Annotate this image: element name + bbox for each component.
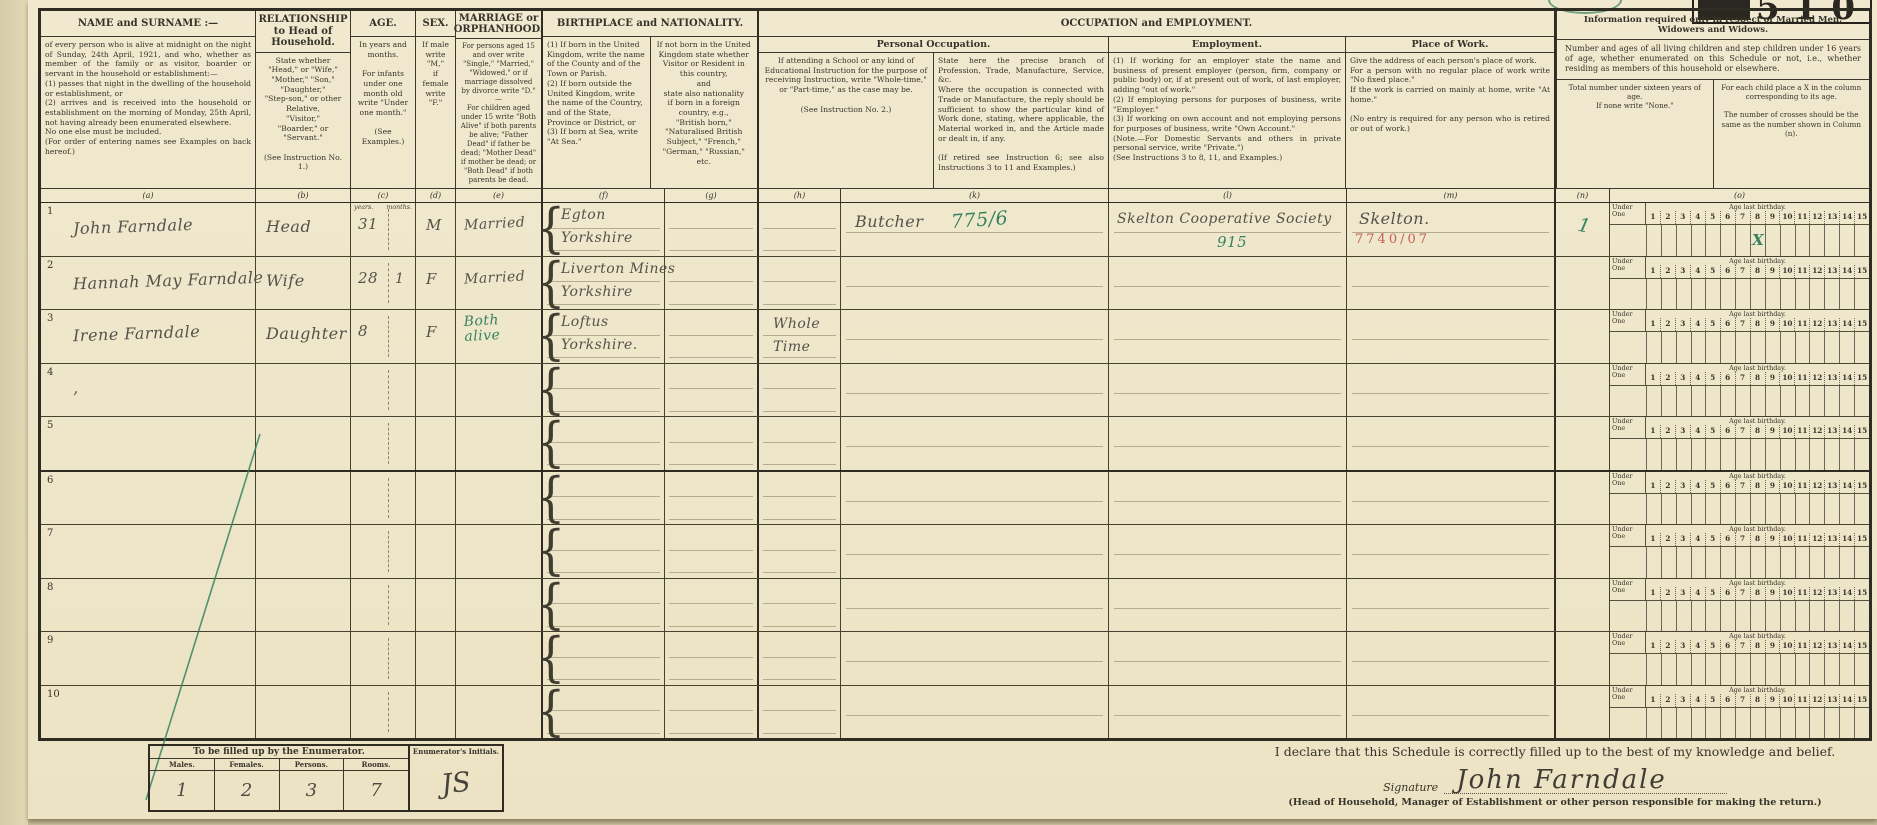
age-last-birthday-label: Age last birthday. (1646, 364, 1869, 372)
birthplace-brace: { (536, 411, 565, 473)
row-number: 4 (47, 367, 53, 378)
age-cross-row (1610, 653, 1869, 685)
age-cross-row (1610, 546, 1869, 578)
age-cross-cell (1735, 708, 1750, 739)
total-children-cell (1556, 257, 1610, 310)
age-cell (351, 364, 416, 417)
birthplace-cell: { (543, 525, 665, 578)
total-children-cell (1556, 525, 1610, 578)
place-of-work-cell (1347, 632, 1556, 685)
age-number: 8 (1750, 640, 1765, 653)
age-cross-row (1610, 331, 1869, 363)
age-cross-cell (1854, 279, 1869, 310)
age-cross-cell (1795, 439, 1810, 470)
age-number: 13 (1824, 372, 1839, 385)
age-cross-cell (1780, 439, 1795, 470)
age-number: 5 (1705, 640, 1720, 653)
age-number: 8 (1750, 211, 1765, 224)
birthplace-county-entry: Yorkshire (561, 284, 633, 300)
nationality-cell (665, 472, 759, 525)
place-of-work-title: Place of Work. (1346, 37, 1554, 53)
age-cross-cell (1646, 386, 1661, 417)
age-cross-cell (1750, 494, 1765, 525)
age-grid-header: Under OneAge last birthday.1234567891011… (1610, 632, 1869, 653)
table-row: 10{Under OneAge last birthday.1234567891… (41, 686, 1869, 739)
children-age-grid: Under OneAge last birthday.1234567891011… (1610, 686, 1869, 739)
age-cross-cell (1661, 494, 1676, 525)
age-number: 11 (1794, 480, 1809, 493)
children-age-grid: Under OneAge last birthday.1234567891011… (1610, 417, 1869, 470)
age-number: 11 (1794, 587, 1809, 600)
children-age-grid-cell: Under OneAge last birthday.1234567891011… (1610, 417, 1869, 470)
age-number: 15 (1854, 425, 1869, 438)
employment-cell: Skelton Cooperative Society915 (1109, 203, 1347, 256)
school-cell (759, 686, 841, 739)
table-header: NAME and SURNAME :— of every person who … (41, 11, 1869, 188)
nationality-instructions: If not born in the United Kingdom state … (651, 37, 758, 188)
age-cross-cell (1691, 494, 1706, 525)
age-cell: years.months.31 (351, 203, 416, 256)
age-number: 11 (1794, 372, 1809, 385)
age-cross-cell (1750, 601, 1765, 632)
age-number: 14 (1839, 480, 1854, 493)
birthplace-cell: { (543, 579, 665, 632)
age-cross-cell (1676, 708, 1691, 739)
age-cross-cell (1839, 279, 1854, 310)
age-number: 12 (1809, 694, 1824, 707)
employer-code-annotation: 915 (1217, 233, 1247, 251)
age-number: 3 (1675, 425, 1690, 438)
age-number: 11 (1794, 318, 1809, 331)
age-cross-cell (1750, 439, 1765, 470)
age-number: 14 (1839, 587, 1854, 600)
column-letter-row: (a) (b) (c) (d) (e) (f) (g) (h) (k) (l) … (41, 188, 1869, 203)
age-last-birthday-label: Age last birthday. (1646, 472, 1869, 480)
age-grid-header: Under OneAge last birthday.1234567891011… (1610, 364, 1869, 385)
row-number: 3 (47, 313, 53, 324)
child-age-cross-mark: X (1752, 231, 1764, 249)
birthplace-cell: { (543, 472, 665, 525)
age-number: 4 (1690, 587, 1705, 600)
age-cross-row (1610, 278, 1869, 310)
age-cross-cell (1676, 332, 1691, 363)
age-years-entry: 8 (358, 322, 368, 340)
age-cross-cell (1795, 494, 1810, 525)
age-number: 12 (1809, 265, 1824, 278)
place-of-work-cell (1347, 579, 1556, 632)
children-age-grid: Under OneAge last birthday.1234567891011… (1610, 203, 1869, 256)
name-cell: 3Irene Farndale (41, 310, 256, 363)
table-row: 3Irene FarndaleDaughter8FBoth alive{Loft… (41, 310, 1869, 364)
name-cell: 6 (41, 472, 256, 525)
age-number: 2 (1660, 425, 1675, 438)
enumerator-box: To be filled up by the Enumerator. Males… (148, 744, 504, 812)
age-cross-cell (1750, 332, 1765, 363)
column-letter-d: (d) (416, 189, 456, 202)
column-letter-b: (b) (256, 189, 351, 202)
age-number: 10 (1779, 533, 1794, 546)
age-cross-cell (1720, 654, 1735, 685)
age-numbers-row: 123456789101112131415 (1646, 480, 1869, 493)
age-numbers-row: 123456789101112131415 (1646, 211, 1869, 224)
age-grid-header-right: Age last birthday.123456789101112131415 (1646, 203, 1869, 224)
age-number: 6 (1720, 372, 1735, 385)
age-number: 2 (1660, 372, 1675, 385)
age-last-birthday-label: Age last birthday. (1646, 310, 1869, 318)
age-number: 6 (1720, 587, 1735, 600)
age-cross-cell (1705, 547, 1720, 578)
age-cross-cell (1735, 386, 1750, 417)
place-of-work-entry: Skelton. (1359, 209, 1430, 228)
name-cell: 9 (41, 632, 256, 685)
age-cross-cell (1824, 332, 1839, 363)
occupation-instructions: State here the precise branch of Profess… (934, 53, 1108, 188)
total-children-cell (1556, 579, 1610, 632)
children-age-grid-cell: Under OneAge last birthday.1234567891011… (1610, 203, 1869, 256)
age-cross-cell (1646, 601, 1661, 632)
age-cross-cell (1610, 279, 1646, 310)
age-number: 13 (1824, 211, 1839, 224)
age-cross-cell (1691, 225, 1706, 256)
declaration-text: I declare that this Schedule is correctl… (1255, 744, 1855, 759)
marriage-instructions: For persons aged 15 and over write "Sing… (456, 39, 541, 188)
age-cross-cell (1646, 708, 1661, 739)
relationship-cell: Wife (256, 257, 351, 310)
school-cell (759, 257, 841, 310)
females-label: Females. (215, 759, 280, 770)
signature-label: Signature (1383, 781, 1438, 794)
column-letter-g: (g) (665, 189, 759, 202)
age-number: 4 (1690, 211, 1705, 224)
enumerator-box-title: To be filled up by the Enumerator. (150, 746, 408, 759)
marriage-cell (456, 579, 543, 632)
age-number: 14 (1839, 533, 1854, 546)
age-number: 15 (1854, 480, 1869, 493)
age-number: 8 (1750, 480, 1765, 493)
row-number: 5 (47, 420, 53, 431)
sex-cell (416, 686, 456, 739)
sex-entry: F (426, 323, 437, 341)
age-cross-cell (1780, 279, 1795, 310)
personal-occupation-group: Personal Occupation. If attending a Scho… (759, 37, 1109, 188)
age-cross-cell (1795, 654, 1810, 685)
table-row: 9{Under OneAge last birthday.12345678910… (41, 632, 1869, 686)
age-cross-cell (1720, 386, 1735, 417)
age-cross-cell (1839, 708, 1854, 739)
age-grid-header-right: Age last birthday.123456789101112131415 (1646, 417, 1869, 438)
age-number: 4 (1690, 425, 1705, 438)
age-numbers-row: 123456789101112131415 (1646, 694, 1869, 707)
age-cross-cell (1795, 225, 1810, 256)
children-age-grid-cell: Under OneAge last birthday.1234567891011… (1610, 686, 1869, 739)
age-cross-row (1610, 493, 1869, 525)
occupation-cell (841, 632, 1109, 685)
age-number: 14 (1839, 318, 1854, 331)
age-cell (351, 525, 416, 578)
declaration-block: I declare that this Schedule is correctl… (1255, 744, 1855, 808)
age-cross-cell (1780, 601, 1795, 632)
persons-label: Persons. (280, 759, 345, 770)
age-number: 14 (1839, 640, 1854, 653)
age-number: 7 (1735, 587, 1750, 600)
age-number: 11 (1794, 425, 1809, 438)
age-grid-header: Under OneAge last birthday.1234567891011… (1610, 310, 1869, 331)
age-number: 11 (1794, 694, 1809, 707)
age-cross-cell (1661, 332, 1676, 363)
age-cross-cell (1854, 439, 1869, 470)
school-instructions: If attending a School or any kind of Edu… (759, 53, 934, 188)
age-cross-cell (1765, 601, 1780, 632)
age-number: 2 (1660, 533, 1675, 546)
census-form-table: NAME and SURNAME :— of every person who … (38, 8, 1872, 741)
age-cross-cell (1691, 386, 1706, 417)
name-cell: 10 (41, 686, 256, 739)
age-number: 8 (1750, 533, 1765, 546)
nationality-cell (665, 364, 759, 417)
age-unit-months: months. (386, 204, 412, 211)
age-cross-cell (1809, 547, 1824, 578)
age-number: 5 (1705, 318, 1720, 331)
age-grid-header-right: Age last birthday.123456789101112131415 (1646, 257, 1869, 278)
age-number: 7 (1735, 694, 1750, 707)
column-letter-k: (k) (841, 189, 1109, 202)
age-cross-cell (1661, 708, 1676, 739)
age-number: 1 (1646, 694, 1660, 707)
age-cross-cell (1676, 494, 1691, 525)
age-cross-cell (1705, 386, 1720, 417)
age-number: 3 (1675, 640, 1690, 653)
persons-value: 3 (280, 771, 345, 810)
age-number: 1 (1646, 425, 1660, 438)
age-number: 2 (1660, 640, 1675, 653)
under-one-label: Under One (1610, 472, 1646, 493)
rooms-value: 7 (344, 771, 408, 810)
school-cell (759, 417, 841, 470)
age-instructions: In years and months. For infants under o… (351, 37, 415, 188)
age-number: 13 (1824, 533, 1839, 546)
birthplace-cell: { (543, 417, 665, 470)
place-of-work-cell (1347, 525, 1556, 578)
age-cross-cell (1750, 386, 1765, 417)
age-cross-cell (1765, 279, 1780, 310)
age-number: 5 (1705, 587, 1720, 600)
nationality-cell (665, 686, 759, 739)
age-number: 4 (1690, 694, 1705, 707)
age-cross-row (1610, 385, 1869, 417)
age-units-label: years.months. (351, 204, 415, 211)
age-cross-cell (1780, 494, 1795, 525)
age-cross-cell (1824, 547, 1839, 578)
birthplace-brace: { (536, 197, 565, 259)
age-number: 10 (1779, 211, 1794, 224)
age-grid-header-right: Age last birthday.123456789101112131415 (1646, 472, 1869, 493)
age-numbers-row: 123456789101112131415 (1646, 265, 1869, 278)
age-cross-cell (1720, 494, 1735, 525)
age-numbers-row: 123456789101112131415 (1646, 640, 1869, 653)
occupation-cell (841, 472, 1109, 525)
age-number: 6 (1720, 265, 1735, 278)
occupation-code-annotation: 775/6 (950, 207, 1009, 233)
age-number: 6 (1720, 533, 1735, 546)
age-number: 12 (1809, 372, 1824, 385)
age-number: 5 (1705, 372, 1720, 385)
nationality-cell (665, 525, 759, 578)
marriage-cell: Both alive (456, 310, 543, 363)
age-number: 8 (1750, 318, 1765, 331)
total-under-sixteen-instructions: Total number under sixteen years of age.… (1557, 80, 1714, 188)
sex-cell (416, 472, 456, 525)
age-number: 5 (1705, 480, 1720, 493)
age-cross-cell (1750, 547, 1765, 578)
row-number: 9 (47, 635, 53, 646)
column-header-marriage: MARRIAGE or ORPHANHOOD. For persons aged… (456, 11, 543, 188)
age-number: 4 (1690, 372, 1705, 385)
children-age-grid: Under OneAge last birthday.1234567891011… (1610, 257, 1869, 310)
age-number: 7 (1735, 265, 1750, 278)
age-cross-cell (1646, 225, 1661, 256)
age-grid-header: Under OneAge last birthday.1234567891011… (1610, 257, 1869, 278)
school-cell (759, 364, 841, 417)
relationship-cell (256, 686, 351, 739)
relationship-cell: Head (256, 203, 351, 256)
age-number: 15 (1854, 265, 1869, 278)
age-cross-cell (1610, 601, 1646, 632)
census-schedule-page: 510 NAME and SURNAME :— of every person … (0, 0, 1877, 825)
age-number: 15 (1854, 211, 1869, 224)
age-cross-cell (1705, 439, 1720, 470)
birthplace-brace: { (536, 519, 565, 581)
age-cross-cell (1676, 654, 1691, 685)
age-number: 10 (1779, 694, 1794, 707)
age-years-entry: 31 (358, 215, 378, 233)
birthplace-town-entry: Liverton Mines (561, 261, 675, 277)
relationship-cell (256, 417, 351, 470)
name-cell: 4, (41, 364, 256, 417)
marriage-cell (456, 417, 543, 470)
age-cross-cell (1795, 601, 1810, 632)
age-cross-cell (1824, 654, 1839, 685)
age-number: 13 (1824, 265, 1839, 278)
children-age-grid: Under OneAge last birthday.1234567891011… (1610, 472, 1869, 525)
age-number: 1 (1646, 318, 1660, 331)
age-number: 14 (1839, 211, 1854, 224)
age-numbers-row: 123456789101112131415 (1646, 318, 1869, 331)
age-numbers-row: 123456789101112131415 (1646, 372, 1869, 385)
age-cross-cell (1676, 439, 1691, 470)
age-number: 1 (1646, 480, 1660, 493)
children-age-grid-cell: Under OneAge last birthday.1234567891011… (1610, 364, 1869, 417)
table-row: 2Hannah May FarndaleWife281FMarried{Live… (41, 257, 1869, 311)
age-number: 1 (1646, 533, 1660, 546)
row-number: 7 (47, 528, 53, 539)
age-number: 3 (1675, 211, 1690, 224)
sex-cell: F (416, 257, 456, 310)
age-cross-cell (1691, 708, 1706, 739)
table-row: 1John FarndaleHeadyears.months.31MMarrie… (41, 203, 1869, 257)
age-cross-cell (1735, 279, 1750, 310)
age-cross-cell (1809, 279, 1824, 310)
age-number: 10 (1779, 265, 1794, 278)
children-age-grid: Under OneAge last birthday.1234567891011… (1610, 579, 1869, 632)
column-letter-o: (o) (1610, 189, 1869, 202)
occupation-cell (841, 257, 1109, 310)
place-of-work-group: Place of Work. Give the address of each … (1346, 37, 1554, 188)
age-cross-cell (1839, 494, 1854, 525)
children-age-grid-cell: Under OneAge last birthday.1234567891011… (1610, 579, 1869, 632)
age-number: 3 (1675, 265, 1690, 278)
birthplace-cell: { (543, 364, 665, 417)
school-cell (759, 203, 841, 256)
column-letter-e: (e) (456, 189, 543, 202)
total-children-cell (1556, 364, 1610, 417)
age-cross-cell (1824, 439, 1839, 470)
age-grid-header-right: Age last birthday.123456789101112131415 (1646, 632, 1869, 653)
name-entry: John Farndale (73, 215, 194, 238)
age-number: 13 (1824, 587, 1839, 600)
age-number: 3 (1675, 694, 1690, 707)
name-instructions: of every person who is alive at midnight… (41, 37, 255, 188)
age-last-birthday-label: Age last birthday. (1646, 525, 1869, 533)
age-cross-cell (1839, 547, 1854, 578)
age-cross-cell (1765, 708, 1780, 739)
age-cross-cell (1824, 494, 1839, 525)
age-cross-cell (1610, 386, 1646, 417)
age-number: 1 (1646, 211, 1660, 224)
sex-title: SEX. (416, 11, 455, 37)
age-last-birthday-label: Age last birthday. (1646, 417, 1869, 425)
under-one-label: Under One (1610, 632, 1646, 653)
age-number: 3 (1675, 587, 1690, 600)
age-number: 6 (1720, 425, 1735, 438)
birthplace-county-entry: Yorkshire (561, 230, 633, 246)
age-last-birthday-label: Age last birthday. (1646, 686, 1869, 694)
age-cross-cell (1839, 332, 1854, 363)
column-group-married-info: Information required only in respect of … (1556, 11, 1869, 188)
age-number: 2 (1660, 318, 1675, 331)
age-cross-cell (1705, 654, 1720, 685)
column-letter-l: (l) (1109, 189, 1347, 202)
age-cross-cell (1676, 225, 1691, 256)
place-of-work-cell: Skelton.7740/07 (1347, 203, 1556, 256)
age-cell (351, 472, 416, 525)
sex-cell (416, 632, 456, 685)
age-cross-cell (1661, 279, 1676, 310)
age-number: 6 (1720, 694, 1735, 707)
age-cross-cell (1824, 601, 1839, 632)
age-cross-cell (1765, 547, 1780, 578)
name-cell: 5 (41, 417, 256, 470)
age-number: 9 (1765, 640, 1780, 653)
table-row: 6{Under OneAge last birthday.12345678910… (41, 472, 1869, 526)
age-number: 4 (1690, 640, 1705, 653)
sex-cell: F (416, 310, 456, 363)
age-number: 15 (1854, 533, 1869, 546)
age-number: 10 (1779, 640, 1794, 653)
birthplace-title: BIRTHPLACE and NATIONALITY. (543, 11, 757, 37)
age-numbers-row: 123456789101112131415 (1646, 533, 1869, 546)
age-number: 7 (1735, 211, 1750, 224)
sex-entry: F (426, 270, 437, 288)
children-age-grid-cell: Under OneAge last birthday.1234567891011… (1610, 632, 1869, 685)
age-number: 8 (1750, 587, 1765, 600)
age-number: 9 (1765, 211, 1780, 224)
school-cell (759, 472, 841, 525)
employment-cell (1109, 686, 1347, 739)
age-cross-cell (1765, 332, 1780, 363)
age-cross-cell (1795, 386, 1810, 417)
column-letter-a: (a) (41, 189, 256, 202)
age-number: 15 (1854, 587, 1869, 600)
